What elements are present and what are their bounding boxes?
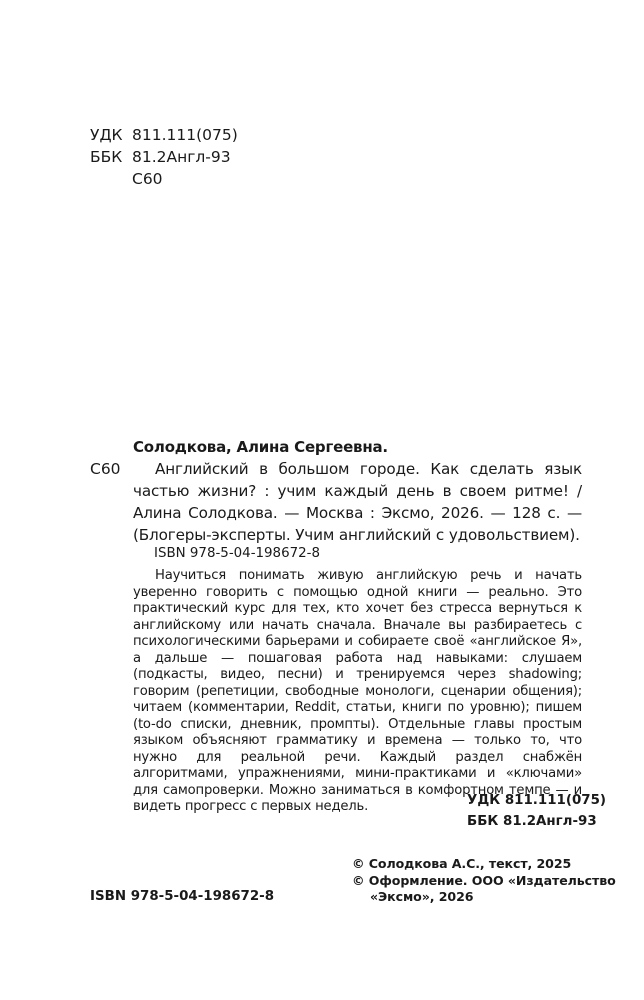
annotation-paragraph: Научиться понимать живую английскую речь… (133, 568, 582, 816)
copyright-text: © Солодкова А.С., текст, 2025 (352, 856, 616, 873)
udk-row: УДК 811.111(075) (90, 124, 238, 146)
footer-udk: УДК 811.111(075) (467, 790, 606, 811)
udk-value: 811.111(075) (132, 124, 238, 146)
copyright-design: © Оформление. ООО «Издательство (352, 873, 616, 890)
bibliographic-description: Английский в большом городе. Как сделать… (133, 458, 582, 546)
classification-block: УДК 811.111(075) ББК 81.2Англ-93 С60 (90, 124, 238, 190)
record-isbn: ISBN 978-5-04-198672-8 (154, 546, 320, 561)
bbk-label: ББК (90, 146, 132, 168)
footer-isbn: ISBN 978-5-04-198672-8 (90, 889, 274, 904)
footer-classification: УДК 811.111(075) ББК 81.2Англ-93 (467, 790, 606, 832)
copyright-design-cont: «Эксмо», 2026 (352, 889, 616, 906)
bbk-row: ББК 81.2Англ-93 (90, 146, 238, 168)
cutter-mark: С60 (132, 168, 163, 190)
record-cutter-mark: С60 (90, 460, 121, 478)
author-heading: Солодкова, Алина Сергеевна. (133, 438, 388, 456)
bbk-value: 81.2Англ-93 (132, 146, 231, 168)
udk-label: УДК (90, 124, 132, 146)
copyright-block: © Солодкова А.С., текст, 2025 © Оформлен… (352, 856, 616, 906)
footer-bbk: ББК 81.2Англ-93 (467, 811, 606, 832)
cutter-row: С60 (90, 168, 238, 190)
